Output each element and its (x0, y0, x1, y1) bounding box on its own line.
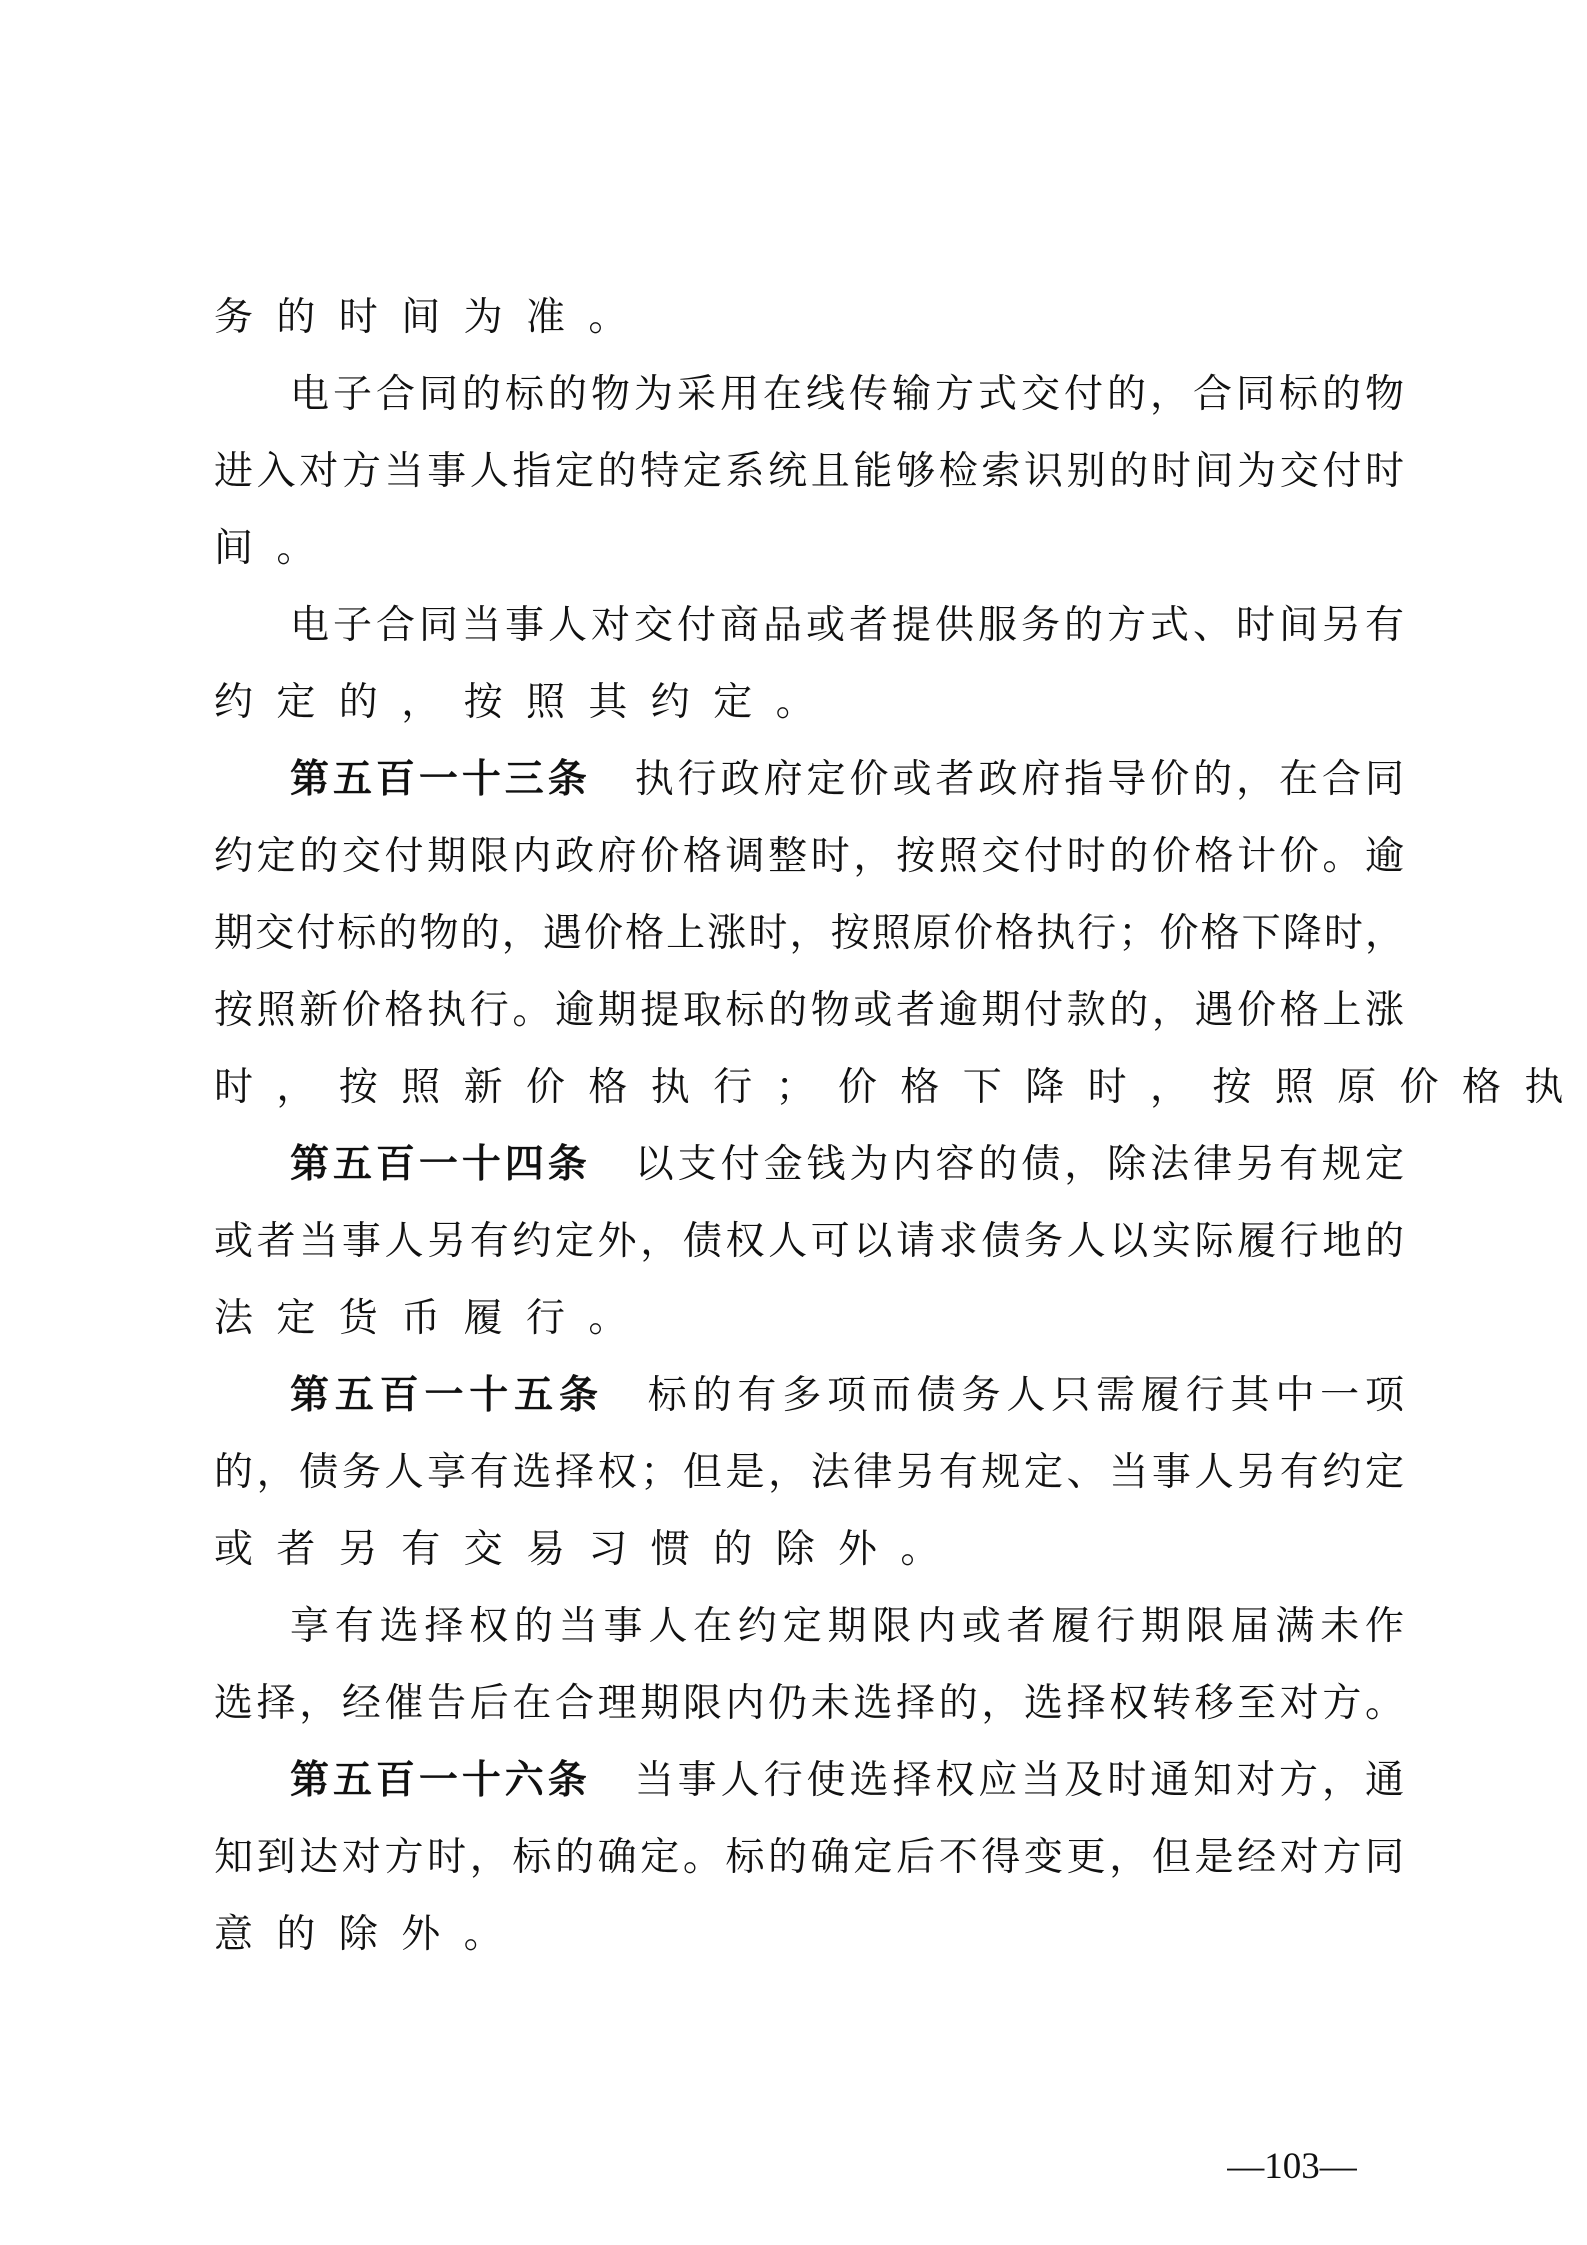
line-text: 时，按照新价格执行；价格下降时，按照原价格执行。 (214, 1065, 1587, 1110)
line-text: 电子合同的标的物为采用在线传输方式交付的，合同标的物 (290, 372, 1404, 417)
article-515-first-line: 第五百一十五条标的有多项而债务人只需履行其中一项 (290, 1366, 1404, 1426)
text-line: 意的除外。 (214, 1905, 1404, 1965)
article-514-first-line: 第五百一十四条以支付金钱为内容的债，除法律另有规定 (290, 1135, 1404, 1195)
text-line: 按照新价格执行。逾期提取标的物或者逾期付款的，遇价格上涨 (214, 981, 1404, 1041)
article-number: 第五百一十五条 (290, 1373, 604, 1418)
line-text: 以支付金钱为内容的债，除法律另有规定 (635, 1142, 1404, 1187)
line-text: 当事人行使选择权应当及时通知对方，通 (635, 1758, 1404, 1803)
text-line: 选择，经催告后在合理期限内仍未选择的，选择权转移至对方。 (214, 1674, 1404, 1734)
text-line: 间。 (214, 519, 1404, 579)
text-line: 或者另有交易习惯的除外。 (214, 1520, 1404, 1580)
text-line: 或者当事人另有约定外，债权人可以请求债务人以实际履行地的 (214, 1212, 1404, 1272)
line-text: 期交付标的物的，遇价格上涨时，按照原价格执行；价格下降时， (214, 911, 1404, 956)
article-513-first-line: 第五百一十三条执行政府定价或者政府指导价的，在合同 (290, 750, 1404, 810)
line-text: 意的除外。 (214, 1912, 526, 1957)
line-text: 按照新价格执行。逾期提取标的物或者逾期付款的，遇价格上涨 (214, 988, 1404, 1033)
line-text: 享有选择权的当事人在约定期限内或者履行期限届满未作 (290, 1604, 1404, 1649)
line-text: 约定的，按照其约定。 (214, 680, 838, 725)
page-number: —103— (1222, 2142, 1362, 2192)
text-line: 的，债务人享有选择权；但是，法律另有规定、当事人另有约定 (214, 1443, 1404, 1503)
line-text: 法定货币履行。 (214, 1296, 651, 1341)
text-line: 进入对方当事人指定的特定系统且能够检索识别的时间为交付时 (214, 442, 1404, 502)
line-text: 的，债务人享有选择权；但是，法律另有规定、当事人另有约定 (214, 1450, 1404, 1495)
article-number: 第五百一十六条 (290, 1758, 591, 1803)
paragraph-first-line: 电子合同当事人对交付商品或者提供服务的方式、时间另有 (290, 596, 1404, 656)
line-text: 执行政府定价或者政府指导价的，在合同 (635, 757, 1404, 802)
text-line: 法定货币履行。 (214, 1289, 1404, 1349)
text-line: 时，按照新价格执行；价格下降时，按照原价格执行。 (214, 1058, 1404, 1118)
line-text: 间。 (214, 526, 339, 571)
line-text: 或者当事人另有约定外，债权人可以请求债务人以实际履行地的 (214, 1219, 1404, 1264)
article-number: 第五百一十三条 (290, 757, 591, 802)
line-text: 务的时间为准。 (214, 295, 651, 340)
document-page: 务的时间为准。 电子合同的标的物为采用在线传输方式交付的，合同标的物 进入对方当… (0, 0, 1587, 2245)
line-text: 知到达对方时，标的确定。标的确定后不得变更，但是经对方同 (214, 1835, 1404, 1880)
line-text: 选择，经催告后在合理期限内仍未选择的，选择权转移至对方。 (214, 1681, 1404, 1726)
line-text: 电子合同当事人对交付商品或者提供服务的方式、时间另有 (290, 603, 1404, 648)
text-line: 务的时间为准。 (214, 288, 1404, 348)
article-516-first-line: 第五百一十六条当事人行使选择权应当及时通知对方，通 (290, 1751, 1404, 1811)
line-text: 标的有多项而债务人只需履行其中一项 (648, 1373, 1404, 1418)
paragraph-first-line: 享有选择权的当事人在约定期限内或者履行期限届满未作 (290, 1597, 1404, 1657)
line-text: 约定的交付期限内政府价格调整时，按照交付时的价格计价。逾 (214, 834, 1404, 879)
text-line: 期交付标的物的，遇价格上涨时，按照原价格执行；价格下降时， (214, 904, 1404, 964)
paragraph-first-line: 电子合同的标的物为采用在线传输方式交付的，合同标的物 (290, 365, 1404, 425)
line-text: 或者另有交易习惯的除外。 (214, 1527, 963, 1572)
text-line: 知到达对方时，标的确定。标的确定后不得变更，但是经对方同 (214, 1828, 1404, 1888)
line-text: 进入对方当事人指定的特定系统且能够检索识别的时间为交付时 (214, 449, 1404, 494)
text-line: 约定的，按照其约定。 (214, 673, 1404, 733)
text-line: 约定的交付期限内政府价格调整时，按照交付时的价格计价。逾 (214, 827, 1404, 887)
article-number: 第五百一十四条 (290, 1142, 591, 1187)
